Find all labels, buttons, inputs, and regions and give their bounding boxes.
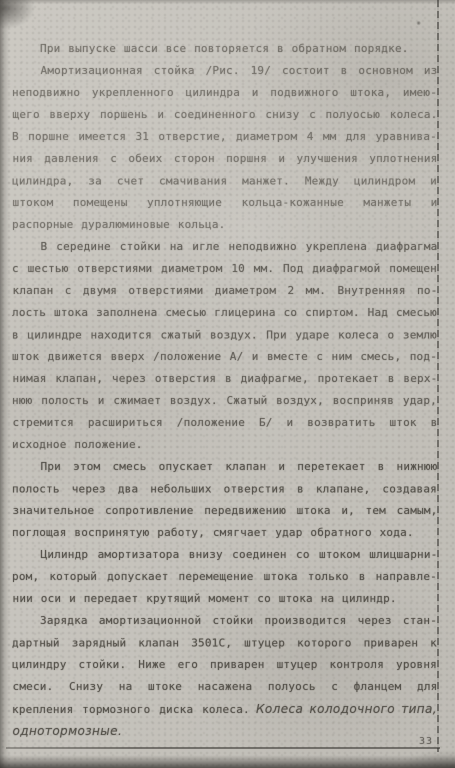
typed-text: Амортизационная стойка /Рис. 19/ состоит…	[41, 64, 438, 77]
typed-text: дартный зарядный клапан 3501С, штуцер ко…	[12, 637, 437, 650]
typed-text: нимая клапан, через отверстия в диафрагм…	[13, 372, 438, 385]
handwritten-text: однотормозные.	[13, 724, 123, 738]
typed-text: исходное положение.	[12, 438, 143, 451]
text-line: Цилиндр амортизатора внизу соединен со ш…	[13, 544, 438, 566]
typed-text: нюю полость и сжимает воздух. Сжатый воз…	[12, 394, 437, 407]
typed-text: щего вверху поршень и соединенного снизу…	[13, 108, 438, 121]
text-line: нии оси и передает крутящий момент со шт…	[13, 588, 438, 610]
text-line: неподвижно укрепленного цилиндра и подви…	[12, 82, 437, 104]
text-line: нюю полость и сжимает воздух. Сжатый воз…	[12, 390, 437, 412]
text-line: поглощая воспринятую работу, смягчает уд…	[12, 522, 437, 544]
text-line: с шестью отверстиями диаметром 10 мм. По…	[12, 258, 437, 280]
typed-text: цилиндру стойки. Ниже его приварен штуце…	[12, 658, 437, 671]
typed-text: Зарядка амортизационной стойки производи…	[40, 614, 437, 627]
text-line: При выпуске шасси все повторяется в обра…	[12, 38, 437, 60]
page-bottom-rule	[6, 747, 440, 749]
text-line: Амортизационная стойка /Рис. 19/ состоит…	[13, 60, 438, 82]
typed-text: цилиндра, за счет смачивания манжет. Меж…	[12, 175, 437, 188]
text-line: щего вверху поршень и соединенного снизу…	[13, 104, 438, 126]
text-line: ния давления с обеих сторон поршня и улу…	[13, 148, 438, 170]
text-line: дартный зарядный клапан 3501С, штуцер ко…	[12, 633, 437, 655]
scan-edge-bottom	[0, 755, 455, 768]
document-page: При выпуске шасси все повторяется в обра…	[0, 0, 455, 768]
text-line: в цилиндре находится сжатый воздух. При …	[12, 325, 437, 347]
page-text: При выпуске шасси все повторяется в обра…	[12, 38, 437, 742]
typed-text: В середине стойки на игле неподвижно укр…	[41, 240, 438, 253]
text-line: исходное положение.	[12, 434, 437, 456]
typed-text: В поршне имеется 31 отверстие, диаметром…	[12, 130, 437, 143]
text-line: однотормозные.	[13, 720, 438, 742]
typed-text: с шестью отверстиями диаметром 10 мм. По…	[12, 262, 437, 275]
text-line: ром, который допускает перемещение штока…	[12, 566, 437, 588]
scan-edge-top	[0, 0, 455, 4]
page-number: 33	[419, 736, 433, 747]
typed-text: в цилиндре находится сжатый воздух. При …	[12, 329, 437, 342]
text-line: Зарядка амортизационной стойки производи…	[12, 610, 437, 632]
text-line: нимая клапан, через отверстия в диафрагм…	[13, 368, 438, 390]
typed-text: ром, который допускает перемещение штока…	[12, 570, 437, 583]
typed-text: крепления тормозного диска колеса.	[12, 703, 250, 716]
text-line: В поршне имеется 31 отверстие, диаметром…	[12, 126, 437, 148]
typed-text: полость через два небольших отверстия в …	[12, 483, 437, 496]
typed-text: смеси. Снизу на штоке насажена полуось с…	[13, 680, 438, 693]
typed-text: При выпуске шасси все повторяется в обра…	[40, 42, 409, 55]
text-line: значительное сопротивление передвижению …	[13, 500, 438, 522]
typed-text: шток движется вверх /положение А/ и вмес…	[12, 350, 437, 363]
typed-text: поглощая воспринятую работу, смягчает уд…	[12, 526, 414, 539]
text-line: цилиндру стойки. Ниже его приварен штуце…	[12, 654, 437, 676]
typed-text: распорные дуралюминовые кольца.	[12, 218, 226, 231]
text-line: клапан с двумя отверстиями диаметром 2 м…	[13, 280, 438, 302]
handwritten-text: Колеса колодочного типа,	[250, 702, 437, 716]
typed-text: стремится расшириться /положение Б/ и во…	[13, 416, 438, 429]
text-line: штоком помещены уплотняющие кольца-кожан…	[13, 192, 438, 214]
text-line: При этом смесь опускает клапан и перетек…	[13, 456, 438, 478]
typed-text: Цилиндр амортизатора внизу соединен со ш…	[41, 548, 438, 561]
text-line: смеси. Снизу на штоке насажена полуось с…	[13, 676, 438, 698]
text-line: полость через два небольших отверстия в …	[12, 479, 437, 501]
text-line: крепления тормозного диска колеса. Колес…	[12, 698, 437, 720]
text-line: распорные дуралюминовые кольца.	[12, 214, 437, 236]
text-line: цилиндра, за счет смачивания манжет. Меж…	[12, 171, 437, 193]
typed-text: значительное сопротивление передвижению …	[13, 504, 438, 517]
typed-text: клапан с двумя отверстиями диаметром 2 м…	[13, 284, 438, 297]
typed-text: ния давления с обеих сторон поршня и улу…	[13, 152, 438, 165]
typed-text: При этом смесь опускает клапан и перетек…	[41, 460, 438, 473]
typed-text: лость штока заполнена смесью глицерина с…	[12, 306, 437, 319]
scan-edge-left	[0, 0, 9, 768]
typed-text: нии оси и передает крутящий момент со шт…	[13, 592, 397, 605]
text-line: шток движется вверх /положение А/ и вмес…	[12, 346, 437, 368]
typed-text: неподвижно укрепленного цилиндра и подви…	[12, 86, 437, 99]
typed-text: штоком помещены уплотняющие кольца-кожан…	[13, 196, 438, 209]
text-line: В середине стойки на игле неподвижно укр…	[13, 236, 438, 258]
text-line: стремится расшириться /положение Б/ и во…	[13, 412, 438, 434]
text-line: лость штока заполнена смесью глицерина с…	[12, 302, 437, 324]
